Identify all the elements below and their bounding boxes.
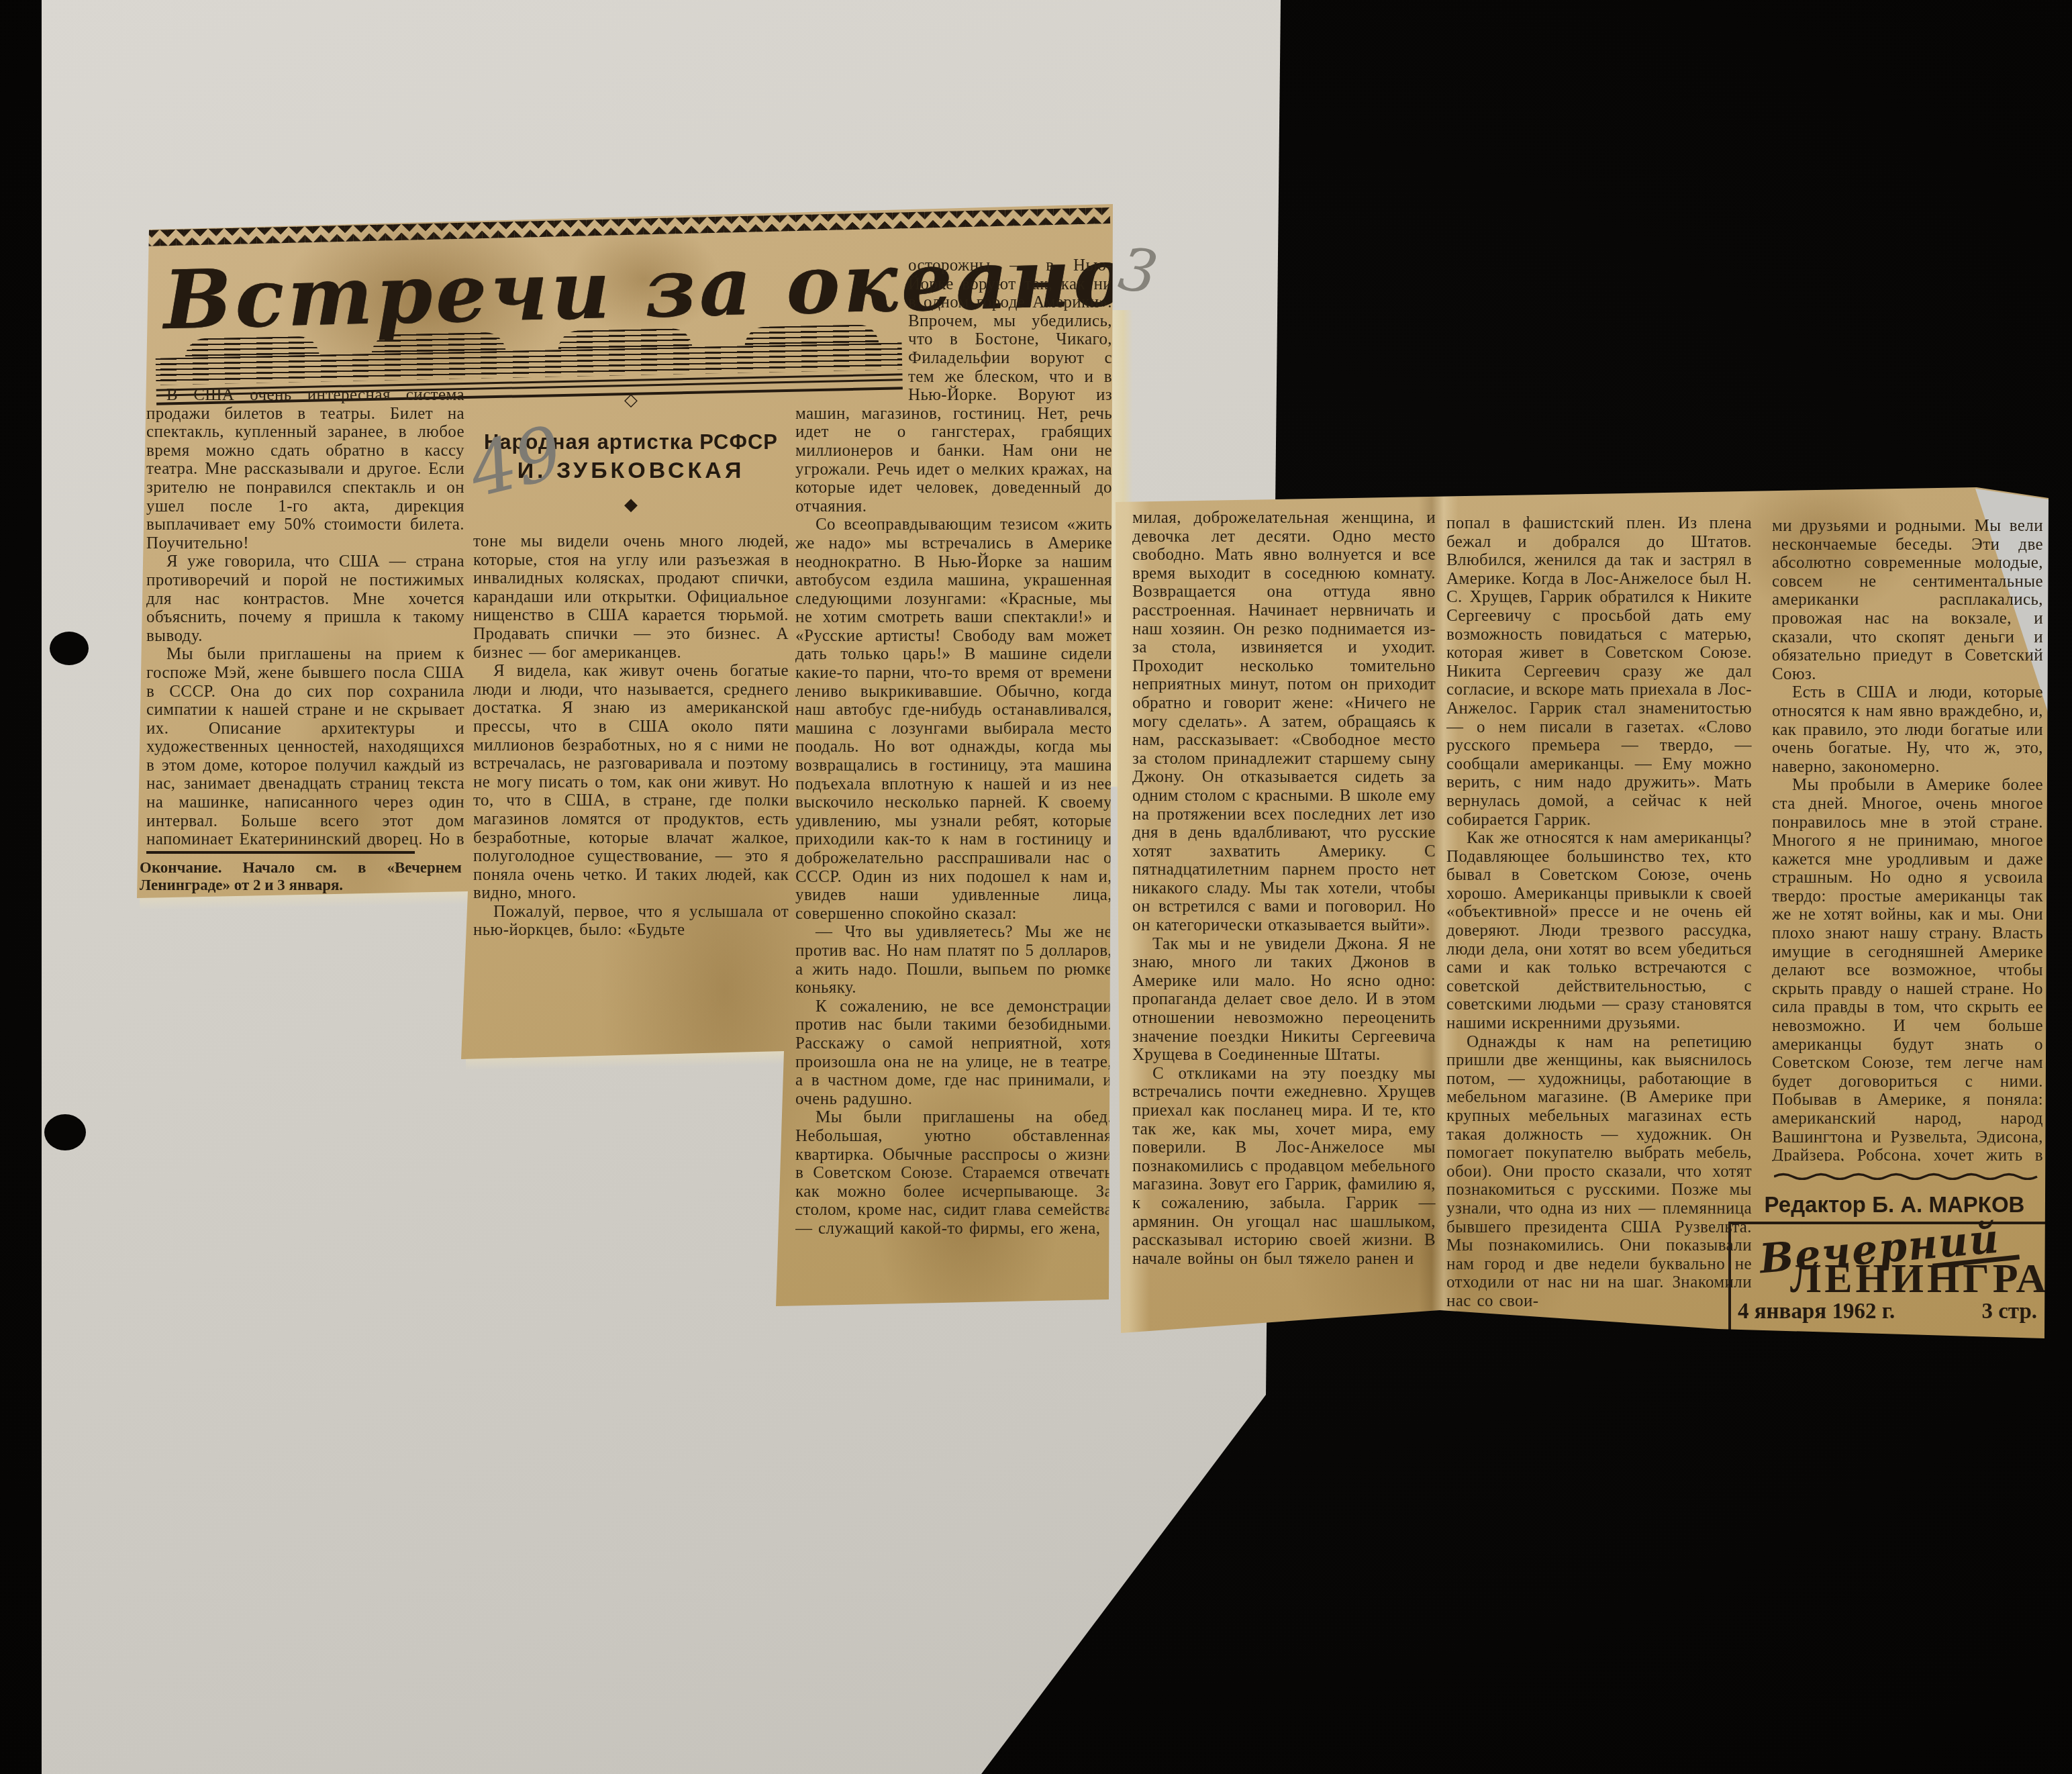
newspaper-clipping-right: милая, доброжелательная женщина, и девоч…	[1111, 482, 2051, 1348]
diamond-ornament-icon: ◇	[473, 390, 789, 410]
masthead-caps: ЛЕНИНГРАД	[1790, 1255, 2072, 1303]
headline-wrap-spacer	[795, 256, 908, 392]
column-6: ми друзьями и родными. Мы вели нескончае…	[1772, 517, 2043, 1161]
page-number: 3 стр.	[1981, 1299, 2037, 1324]
paragraph: милая, доброжелательная женщина, и девоч…	[1132, 509, 1436, 935]
paragraph: тоне мы видели очень много людей, которы…	[473, 532, 789, 662]
paragraph: Есть в США и люди, которые относятся к н…	[1772, 683, 2043, 776]
paragraph: С откликами на эту поездку мы встречалис…	[1132, 1065, 1436, 1269]
wavy-rule-icon	[1774, 1171, 2041, 1180]
masthead-box: Вечерний ЛЕНИНГРАД 4 января 1962 г. 3 ст…	[1728, 1222, 2046, 1330]
column-4: милая, доброжелательная женщина, и девоч…	[1132, 509, 1436, 1304]
photo-background: 3 Встречи за океаном В США очень интерес…	[0, 0, 2072, 1774]
paragraph: Так мы и не увидели Джона. Я не знаю, мн…	[1132, 935, 1436, 1065]
paragraph: Как же относятся к нам американцы? Подав…	[1446, 829, 1752, 1033]
paragraph: Однажды к нам на репетицию пришли две же…	[1446, 1033, 1752, 1308]
editor-line: Редактор Б. А. МАРКОВ	[1745, 1192, 2044, 1218]
column-1: В США очень интересная система продажи б…	[146, 386, 464, 849]
footnote-rule	[146, 851, 415, 854]
paragraph: Я видела, как живут очень богатые люди и…	[473, 662, 789, 903]
column-3: осторожны — в Нью-Йорке воруют так, как …	[795, 256, 1112, 1295]
paragraph: Я уже говорила, что США — страна противо…	[146, 552, 464, 645]
paragraph: попал в фашистский плен. Из плена бежал …	[1446, 514, 1752, 829]
paragraph: — Что вы удивляетесь? Мы же не против ва…	[795, 923, 1112, 997]
paragraph: Со всеоправдывающим тезисом «жить же над…	[795, 515, 1112, 923]
paragraph: Мы были приглашены на обед. Небольшая, у…	[795, 1108, 1112, 1238]
punch-hole-icon	[50, 632, 89, 665]
continuation-note: Окончание. Начало см. в «Вечернем Ленинг…	[140, 859, 462, 894]
paragraph: Пожалуй, первое, что я услышала от нью-й…	[473, 903, 789, 940]
paragraph: Мы были приглашены на прием к госпоже Мэ…	[146, 645, 464, 849]
column-5: попал в фашистский плен. Из плена бежал …	[1446, 514, 1752, 1308]
issue-date: 4 января 1962 г.	[1738, 1299, 1895, 1324]
paragraph: К сожалению, не все демонстрации против …	[795, 997, 1112, 1109]
paragraph: Мы пробыли в Америке более ста дней. Мно…	[1772, 776, 2043, 1161]
paragraph: ми друзьями и родными. Мы вели нескончае…	[1772, 517, 2043, 683]
pencil-page-number: 3	[1114, 234, 1162, 307]
punch-hole-icon	[44, 1114, 86, 1150]
paragraph: В США очень интересная система продажи б…	[146, 386, 464, 552]
masthead-daterow: 4 января 1962 г. 3 стр.	[1738, 1299, 2037, 1324]
